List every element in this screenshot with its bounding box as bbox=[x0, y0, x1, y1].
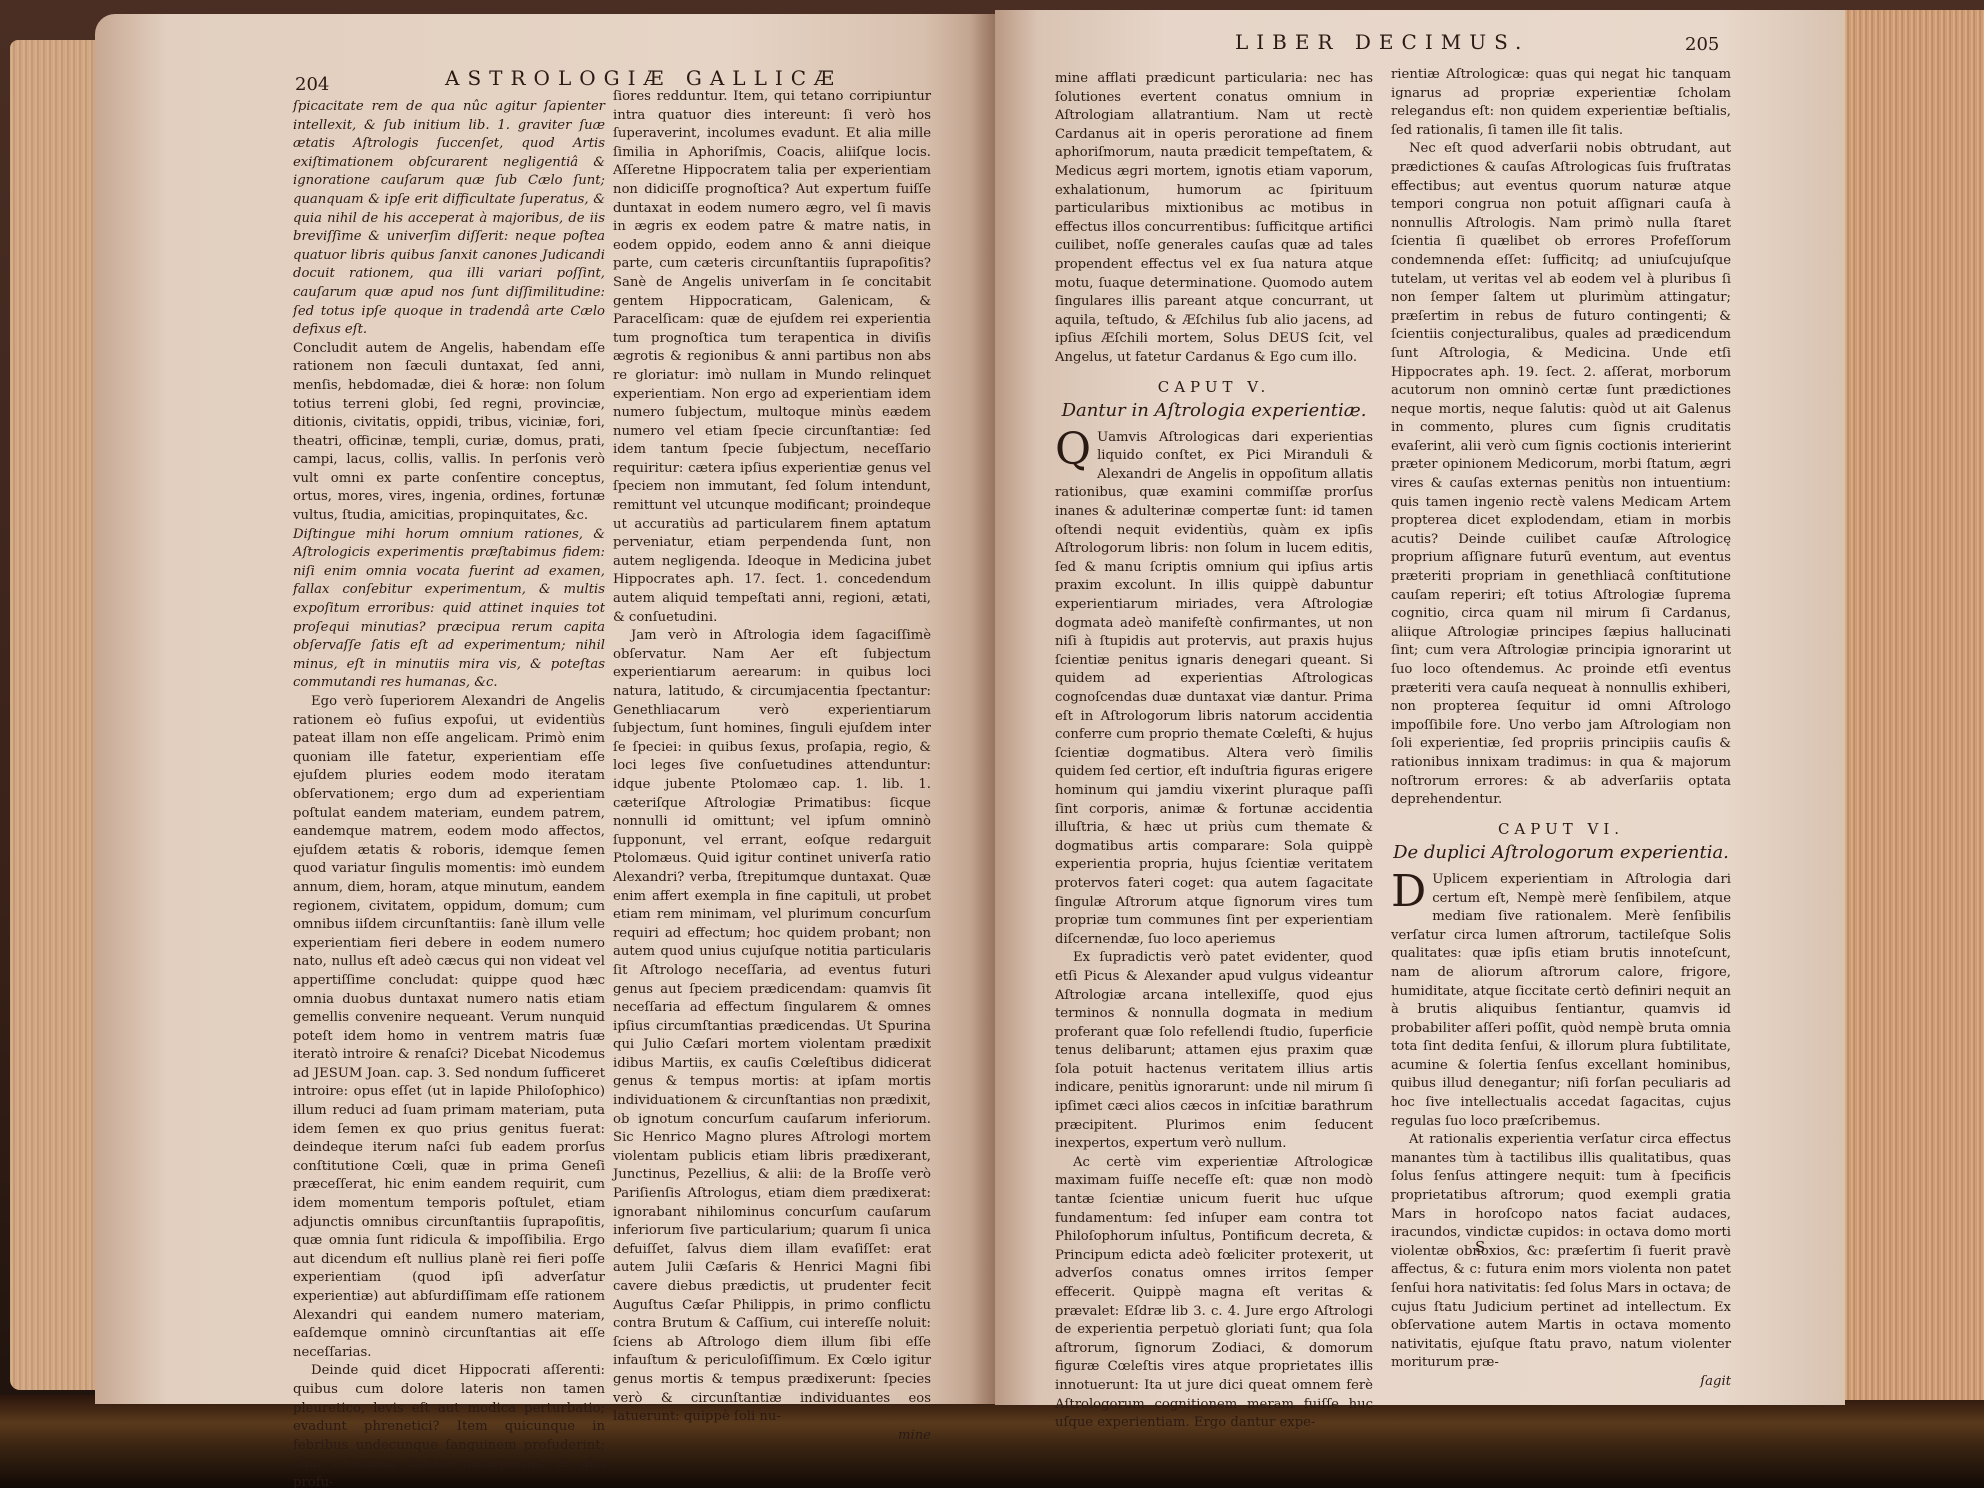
drop-cap: Q bbox=[1055, 431, 1091, 469]
paragraph: Jam verò in Aſtrologia idem ſagaciſſimè … bbox=[613, 627, 931, 1427]
paragraph: rientiæ Aſtrologicæ: quas qui negat hic … bbox=[1391, 66, 1731, 140]
paragraph: Ego verò ſuperiorem Alexandri de Angelis… bbox=[293, 693, 605, 1362]
catchword: mine bbox=[613, 1427, 931, 1446]
left-page: 204 ASTROLOGIÆ GALLICÆ ſpicacitate rem d… bbox=[95, 14, 995, 1404]
paragraph: Diſtingue mihi horum omnium rationes, & … bbox=[293, 526, 605, 693]
paragraph: At rationalis experientia verſatur circa… bbox=[1391, 1131, 1731, 1373]
right-page: LIBER DECIMUS. 205 mine afflati prædicun… bbox=[995, 10, 1845, 1405]
chapter-title: Dantur in Aſtrologia experientiæ. bbox=[1055, 402, 1373, 421]
page-number: 205 bbox=[1685, 34, 1719, 55]
signature-mark: S bbox=[1475, 1238, 1485, 1256]
paragraph: Ac certè vim experientiæ Aſtrologicæ max… bbox=[1055, 1154, 1373, 1433]
paragraph: Uplicem experientiam in Aſtrologia dari … bbox=[1391, 872, 1731, 1129]
paragraph: Concludit autem de Angelis, habendam eſſ… bbox=[293, 340, 605, 526]
paragraph: ſiores redduntur. Item, qui tetano corri… bbox=[613, 88, 931, 627]
chapter-title: De duplici Aſtrologorum experientia. bbox=[1391, 844, 1731, 863]
right-page-column-2: rientiæ Aſtrologicæ: quas qui negat hic … bbox=[1391, 66, 1731, 1392]
right-page-column-1: mine afflati prædicunt particularia: nec… bbox=[1055, 70, 1373, 1433]
drop-cap: D bbox=[1391, 873, 1426, 911]
page-block-right-edge bbox=[1838, 10, 1984, 1400]
paragraph: Deinde quid dicet Hippocrati aſſerenti: … bbox=[293, 1362, 605, 1488]
chapter-label: CAPUT V. bbox=[1055, 378, 1373, 397]
left-page-column-2: ſiores redduntur. Item, qui tetano corri… bbox=[613, 88, 931, 1445]
paragraph: Ex ſupradictis verò patet evidenter, quo… bbox=[1055, 949, 1373, 1154]
running-head: LIBER DECIMUS. bbox=[1235, 30, 1529, 54]
paragraph: mine afflati prædicunt particularia: nec… bbox=[1055, 70, 1373, 368]
running-head: ASTROLOGIÆ GALLICÆ bbox=[445, 66, 842, 90]
page-number: 204 bbox=[295, 74, 329, 95]
paragraph: ſpicacitate rem de qua nûc agitur ſapien… bbox=[293, 98, 605, 340]
chapter-label: CAPUT VI. bbox=[1391, 820, 1731, 839]
paragraph: Nec eſt quod adverſarii nobis obtrudant,… bbox=[1391, 140, 1731, 809]
catchword: ſagit bbox=[1391, 1373, 1731, 1392]
left-page-column-1: ſpicacitate rem de qua nûc agitur ſapien… bbox=[293, 98, 605, 1488]
paragraph: Uamvis Aſtrologicas dari experientias li… bbox=[1055, 430, 1373, 947]
